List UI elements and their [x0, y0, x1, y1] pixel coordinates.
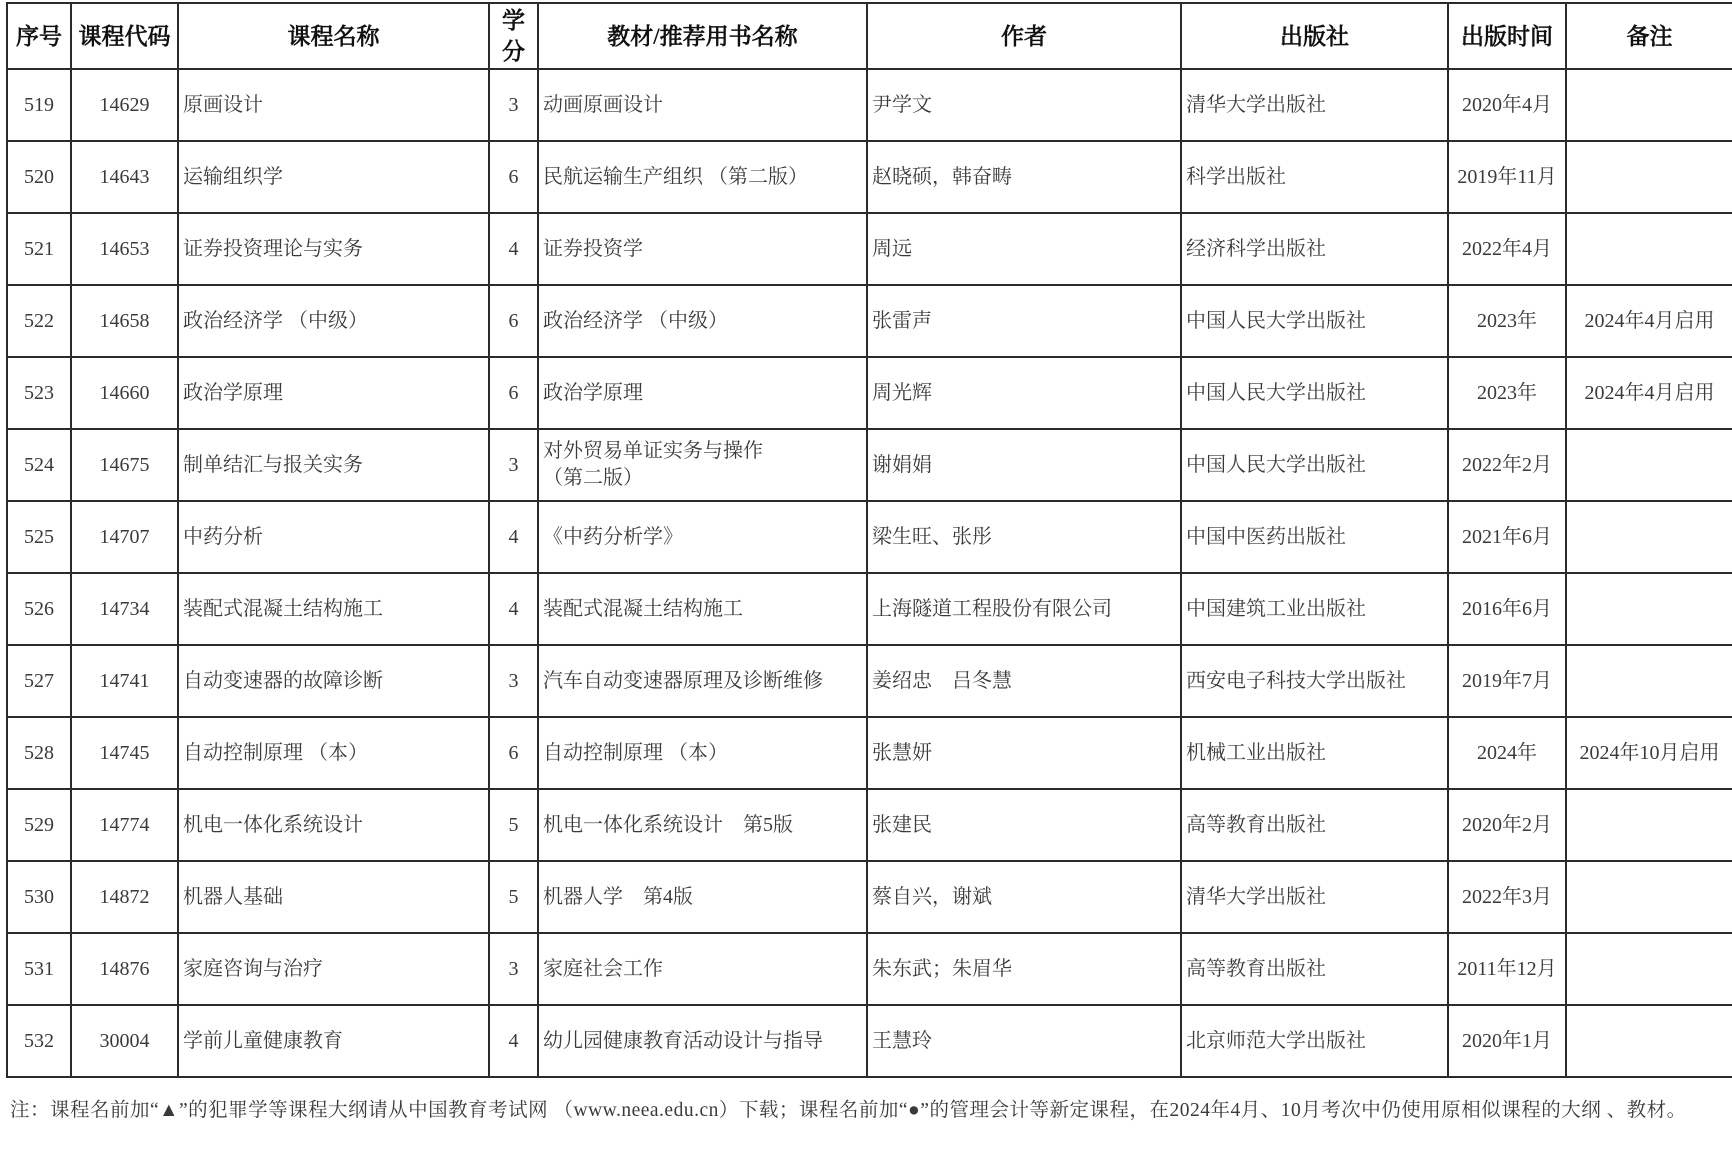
cell-course-code: 14734 [71, 573, 178, 645]
cell-author: 姜绍忠 吕冬慧 [867, 645, 1181, 717]
cell-remarks [1566, 1005, 1732, 1077]
cell-author: 蔡自兴，谢斌 [867, 861, 1181, 933]
table-row: 523 14660 政治学原理 6 政治学原理 周光辉 中国人民大学出版社 20… [7, 357, 1732, 429]
cell-author: 朱东武；朱眉华 [867, 933, 1181, 1005]
header-course-code: 课程代码 [71, 3, 178, 69]
cell-publish-date: 2023年 [1448, 357, 1566, 429]
cell-remarks: 2024年4月启用 [1566, 285, 1732, 357]
cell-remarks: 2024年10月启用 [1566, 717, 1732, 789]
cell-credits: 4 [489, 213, 538, 285]
cell-course-code: 14643 [71, 141, 178, 213]
cell-author: 上海隧道工程股份有限公司 [867, 573, 1181, 645]
course-textbook-table: 序号 课程代码 课程名称 学分 教材/推荐用书名称 作者 出版社 出版时间 备注… [6, 2, 1732, 1078]
table-row: 531 14876 家庭咨询与治疗 3 家庭社会工作 朱东武；朱眉华 高等教育出… [7, 933, 1732, 1005]
cell-seq: 525 [7, 501, 71, 573]
cell-credits: 3 [489, 429, 538, 501]
cell-remarks: 2024年4月启用 [1566, 357, 1732, 429]
cell-author: 王慧玲 [867, 1005, 1181, 1077]
cell-author: 周远 [867, 213, 1181, 285]
cell-credits: 4 [489, 501, 538, 573]
header-publisher: 出版社 [1181, 3, 1448, 69]
cell-publisher: 高等教育出版社 [1181, 933, 1448, 1005]
cell-credits: 6 [489, 285, 538, 357]
cell-publisher: 中国人民大学出版社 [1181, 429, 1448, 501]
cell-textbook-name: 幼儿园健康教育活动设计与指导 [538, 1005, 867, 1077]
table-row: 525 14707 中药分析 4 《中药分析学》 梁生旺、张彤 中国中医药出版社… [7, 501, 1732, 573]
cell-publisher: 中国人民大学出版社 [1181, 357, 1448, 429]
cell-author: 尹学文 [867, 69, 1181, 141]
cell-publisher: 中国人民大学出版社 [1181, 285, 1448, 357]
cell-seq: 528 [7, 717, 71, 789]
cell-publisher: 科学出版社 [1181, 141, 1448, 213]
cell-remarks [1566, 429, 1732, 501]
cell-course-name: 自动控制原理 （本） [178, 717, 489, 789]
table-row: 520 14643 运输组织学 6 民航运输生产组织 （第二版） 赵晓硕，韩奋畴… [7, 141, 1732, 213]
cell-publisher: 高等教育出版社 [1181, 789, 1448, 861]
cell-course-name: 机器人基础 [178, 861, 489, 933]
cell-course-code: 14707 [71, 501, 178, 573]
cell-publish-date: 2011年12月 [1448, 933, 1566, 1005]
cell-course-code: 14876 [71, 933, 178, 1005]
cell-course-name: 自动变速器的故障诊断 [178, 645, 489, 717]
cell-seq: 526 [7, 573, 71, 645]
cell-author: 张慧妍 [867, 717, 1181, 789]
header-seq: 序号 [7, 3, 71, 69]
cell-seq: 523 [7, 357, 71, 429]
cell-textbook-name: 自动控制原理 （本） [538, 717, 867, 789]
cell-credits: 5 [489, 789, 538, 861]
cell-textbook-name: 对外贸易单证实务与操作 （第二版） [538, 429, 867, 501]
cell-course-name: 运输组织学 [178, 141, 489, 213]
cell-textbook-name: 机器人学 第4版 [538, 861, 867, 933]
table-row: 529 14774 机电一体化系统设计 5 机电一体化系统设计 第5版 张建民 … [7, 789, 1732, 861]
table-row: 524 14675 制单结汇与报关实务 3 对外贸易单证实务与操作 （第二版） … [7, 429, 1732, 501]
cell-course-name: 机电一体化系统设计 [178, 789, 489, 861]
cell-credits: 3 [489, 69, 538, 141]
table-row: 530 14872 机器人基础 5 机器人学 第4版 蔡自兴，谢斌 清华大学出版… [7, 861, 1732, 933]
cell-course-code: 30004 [71, 1005, 178, 1077]
cell-publish-date: 2016年6月 [1448, 573, 1566, 645]
cell-seq: 529 [7, 789, 71, 861]
cell-seq: 520 [7, 141, 71, 213]
header-remarks: 备注 [1566, 3, 1732, 69]
cell-publisher: 中国中医药出版社 [1181, 501, 1448, 573]
cell-author: 张雷声 [867, 285, 1181, 357]
cell-remarks [1566, 573, 1732, 645]
cell-remarks [1566, 213, 1732, 285]
table-header-row: 序号 课程代码 课程名称 学分 教材/推荐用书名称 作者 出版社 出版时间 备注 [7, 3, 1732, 69]
cell-publish-date: 2024年 [1448, 717, 1566, 789]
cell-textbook-name: 机电一体化系统设计 第5版 [538, 789, 867, 861]
cell-publish-date: 2020年4月 [1448, 69, 1566, 141]
cell-course-code: 14741 [71, 645, 178, 717]
cell-seq: 530 [7, 861, 71, 933]
cell-credits: 3 [489, 933, 538, 1005]
cell-remarks [1566, 933, 1732, 1005]
cell-seq: 521 [7, 213, 71, 285]
cell-publish-date: 2022年4月 [1448, 213, 1566, 285]
cell-publish-date: 2023年 [1448, 285, 1566, 357]
cell-author: 赵晓硕，韩奋畴 [867, 141, 1181, 213]
header-credits: 学分 [489, 3, 538, 69]
header-author: 作者 [867, 3, 1181, 69]
header-textbook-name: 教材/推荐用书名称 [538, 3, 867, 69]
cell-remarks [1566, 861, 1732, 933]
cell-author: 谢娟娟 [867, 429, 1181, 501]
cell-course-name: 制单结汇与报关实务 [178, 429, 489, 501]
cell-course-name: 政治学原理 [178, 357, 489, 429]
table-row: 528 14745 自动控制原理 （本） 6 自动控制原理 （本） 张慧妍 机械… [7, 717, 1732, 789]
cell-textbook-name: 《中药分析学》 [538, 501, 867, 573]
cell-course-name: 原画设计 [178, 69, 489, 141]
cell-course-code: 14629 [71, 69, 178, 141]
cell-publisher: 西安电子科技大学出版社 [1181, 645, 1448, 717]
header-publish-date: 出版时间 [1448, 3, 1566, 69]
table-row: 519 14629 原画设计 3 动画原画设计 尹学文 清华大学出版社 2020… [7, 69, 1732, 141]
cell-course-code: 14675 [71, 429, 178, 501]
cell-publish-date: 2019年7月 [1448, 645, 1566, 717]
cell-textbook-name: 证券投资学 [538, 213, 867, 285]
cell-textbook-name: 装配式混凝土结构施工 [538, 573, 867, 645]
cell-credits: 6 [489, 357, 538, 429]
cell-remarks [1566, 69, 1732, 141]
cell-course-code: 14653 [71, 213, 178, 285]
cell-course-name: 中药分析 [178, 501, 489, 573]
footnote-text: 注：课程名前加“▲”的犯罪学等课程大纲请从中国教育考试网 （www.neea.e… [10, 1094, 1725, 1122]
cell-course-code: 14660 [71, 357, 178, 429]
cell-publisher: 机械工业出版社 [1181, 717, 1448, 789]
cell-seq: 531 [7, 933, 71, 1005]
cell-course-code: 14872 [71, 861, 178, 933]
cell-textbook-name: 政治经济学 （中级） [538, 285, 867, 357]
cell-remarks [1566, 789, 1732, 861]
cell-textbook-name: 汽车自动变速器原理及诊断维修 [538, 645, 867, 717]
cell-publisher: 清华大学出版社 [1181, 69, 1448, 141]
cell-course-name: 装配式混凝土结构施工 [178, 573, 489, 645]
cell-publish-date: 2020年2月 [1448, 789, 1566, 861]
cell-course-name: 家庭咨询与治疗 [178, 933, 489, 1005]
cell-credits: 3 [489, 645, 538, 717]
table-row: 532 30004 学前儿童健康教育 4 幼儿园健康教育活动设计与指导 王慧玲 … [7, 1005, 1732, 1077]
cell-seq: 524 [7, 429, 71, 501]
cell-seq: 532 [7, 1005, 71, 1077]
cell-author: 周光辉 [867, 357, 1181, 429]
cell-credits: 6 [489, 717, 538, 789]
cell-credits: 5 [489, 861, 538, 933]
cell-publisher: 清华大学出版社 [1181, 861, 1448, 933]
cell-course-code: 14658 [71, 285, 178, 357]
cell-remarks [1566, 141, 1732, 213]
cell-seq: 527 [7, 645, 71, 717]
cell-remarks [1566, 501, 1732, 573]
cell-publisher: 经济科学出版社 [1181, 213, 1448, 285]
cell-publish-date: 2022年2月 [1448, 429, 1566, 501]
cell-publish-date: 2019年11月 [1448, 141, 1566, 213]
cell-publisher: 中国建筑工业出版社 [1181, 573, 1448, 645]
table-row: 527 14741 自动变速器的故障诊断 3 汽车自动变速器原理及诊断维修 姜绍… [7, 645, 1732, 717]
table-body: 519 14629 原画设计 3 动画原画设计 尹学文 清华大学出版社 2020… [7, 69, 1732, 1077]
table-row: 522 14658 政治经济学 （中级） 6 政治经济学 （中级） 张雷声 中国… [7, 285, 1732, 357]
cell-publish-date: 2021年6月 [1448, 501, 1566, 573]
document-page: 序号 课程代码 课程名称 学分 教材/推荐用书名称 作者 出版社 出版时间 备注… [0, 2, 1732, 1149]
cell-credits: 4 [489, 573, 538, 645]
cell-remarks [1566, 645, 1732, 717]
cell-publish-date: 2022年3月 [1448, 861, 1566, 933]
cell-course-name: 学前儿童健康教育 [178, 1005, 489, 1077]
cell-textbook-name: 政治学原理 [538, 357, 867, 429]
cell-publisher: 北京师范大学出版社 [1181, 1005, 1448, 1077]
cell-textbook-name: 动画原画设计 [538, 69, 867, 141]
cell-course-code: 14774 [71, 789, 178, 861]
cell-course-name: 证券投资理论与实务 [178, 213, 489, 285]
cell-textbook-name: 家庭社会工作 [538, 933, 867, 1005]
cell-seq: 519 [7, 69, 71, 141]
cell-credits: 4 [489, 1005, 538, 1077]
cell-credits: 6 [489, 141, 538, 213]
cell-seq: 522 [7, 285, 71, 357]
table-row: 526 14734 装配式混凝土结构施工 4 装配式混凝土结构施工 上海隧道工程… [7, 573, 1732, 645]
cell-course-code: 14745 [71, 717, 178, 789]
cell-publish-date: 2020年1月 [1448, 1005, 1566, 1077]
cell-author: 张建民 [867, 789, 1181, 861]
cell-course-name: 政治经济学 （中级） [178, 285, 489, 357]
cell-textbook-name: 民航运输生产组织 （第二版） [538, 141, 867, 213]
cell-author: 梁生旺、张彤 [867, 501, 1181, 573]
header-course-name: 课程名称 [178, 3, 489, 69]
table-row: 521 14653 证券投资理论与实务 4 证券投资学 周远 经济科学出版社 2… [7, 213, 1732, 285]
